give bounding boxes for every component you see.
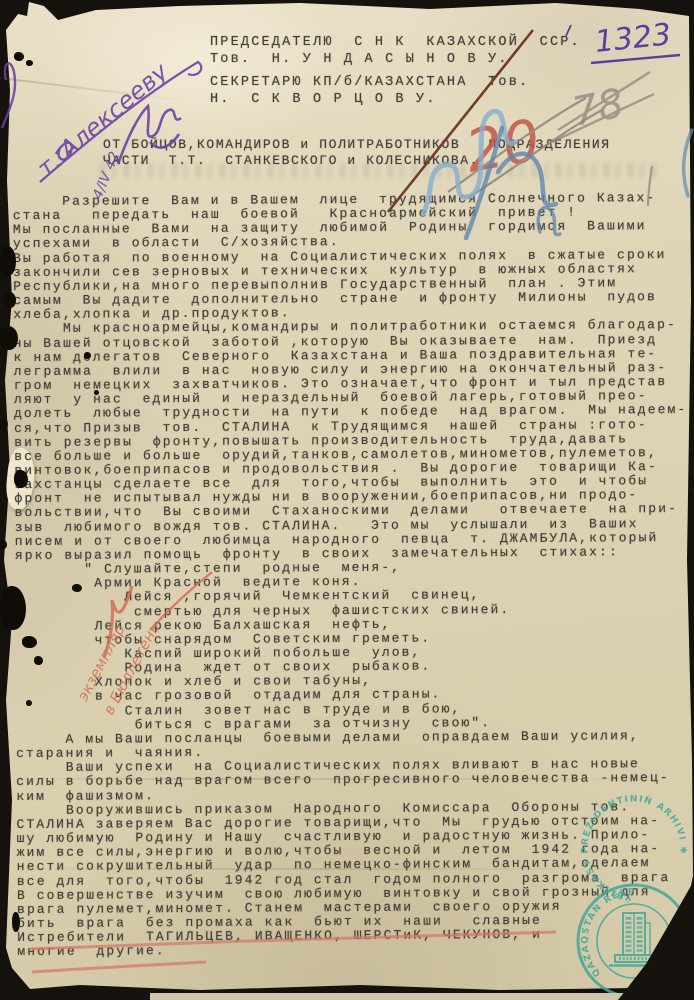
- paper-hole: [14, 470, 28, 488]
- typed-line: Н. С К В О Р Ц О В У.: [210, 91, 529, 108]
- address-block-secretary: СЕКРЕТАРЮ КП/б/КАЗАХСТАНА Тов.Н. С К В О…: [210, 74, 529, 108]
- typed-line: СЕКРЕТАРЮ КП/б/КАЗАХСТАНА Тов.: [210, 74, 529, 91]
- paper-hole: [0, 326, 18, 350]
- paper-hole: [94, 390, 99, 395]
- paper-hole: [0, 246, 16, 276]
- paper-hole: [0, 586, 26, 630]
- paper-hole: [26, 60, 33, 66]
- paper-hole: [14, 52, 24, 61]
- typed-line: Тов. Н. У Н Д А С Ы Н О В У.: [210, 51, 581, 68]
- paper-hole: [34, 656, 43, 665]
- paper-hole: [22, 636, 37, 648]
- paper-hole: [4, 292, 16, 308]
- paper-hole: [12, 912, 20, 932]
- document-scan: ПРЕДСЕДАТЕЛЮ С Н К КАЗАХСКОЙ ССР.Тов. Н.…: [0, 0, 694, 1000]
- typed-line: ОТ БОЙЦОВ,КОМАНДИРОВ и ПОЛИТРАБОТНИКОВ П…: [103, 137, 611, 153]
- paper-hole: [26, 700, 32, 706]
- paper-hole: [72, 584, 82, 592]
- paper-hole: [84, 352, 91, 359]
- paper-hole: [0, 418, 8, 430]
- paper-hole: [0, 540, 7, 549]
- typed-line: ПРЕДСЕДАТЕЛЮ С Н К КАЗАХСКОЙ ССР.: [210, 34, 581, 51]
- underlying-page-sliver: [150, 993, 694, 1000]
- letter-body: Разрешите Вам и в Вашем лице трудящимся …: [13, 191, 691, 960]
- faded-carbon-smudge: [100, 163, 656, 178]
- address-block-chairman: ПРЕДСЕДАТЕЛЮ С Н К КАЗАХСКОЙ ССР.Тов. Н.…: [210, 34, 581, 68]
